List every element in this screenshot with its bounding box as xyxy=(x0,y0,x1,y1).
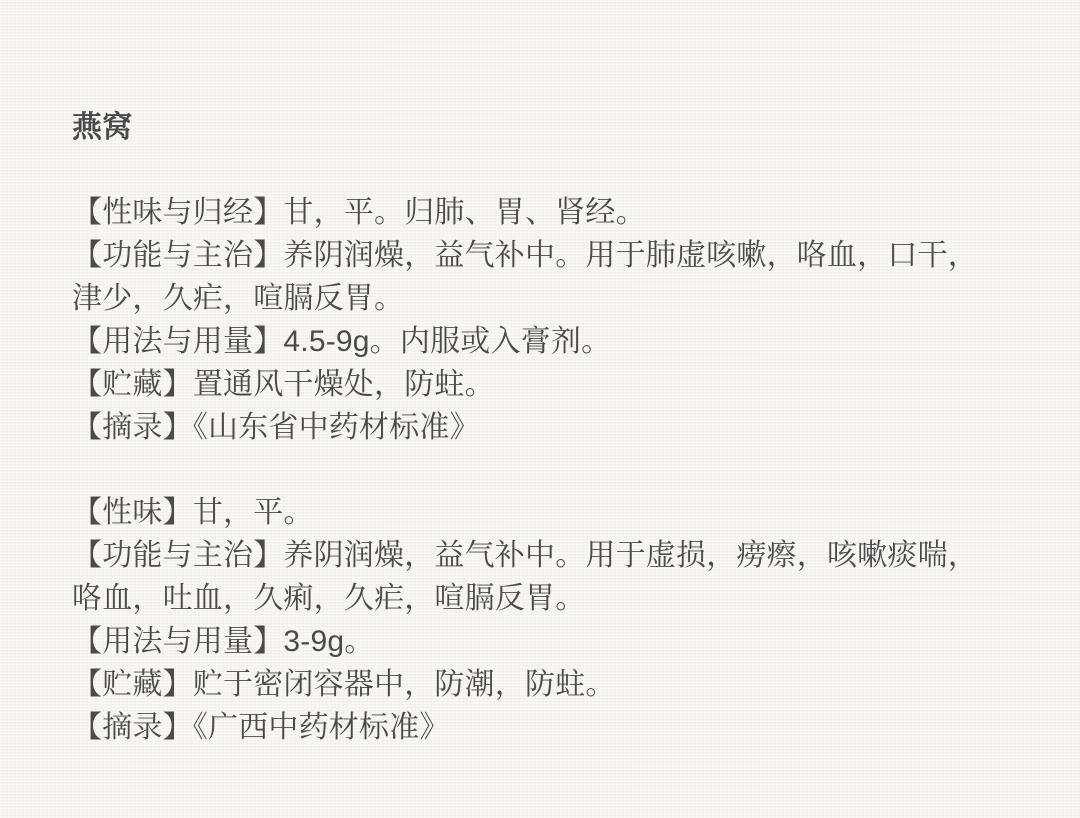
entry: 【贮藏】贮于密闭容器中，防潮，防蛀。 xyxy=(72,663,1000,706)
section-gap xyxy=(72,149,1000,191)
section-gap xyxy=(72,449,1000,491)
entry-text: 甘，平。 xyxy=(193,496,314,529)
entry-label: 【功能与主治】 xyxy=(72,239,283,272)
entry: 【摘录】《山东省中药材标准》 xyxy=(72,406,1000,449)
monograph-section-shandong: 【性味与归经】甘，平。归肺、胃、肾经。 【功能与主治】养阴润燥，益气补中。用于肺… xyxy=(72,191,1000,449)
entry: 【用法与用量】3-9g。 xyxy=(72,620,1000,663)
entry-text: 置通风干燥处，防蛀。 xyxy=(193,368,495,401)
entry: 【性味与归经】甘，平。归肺、胃、肾经。 xyxy=(72,191,1000,234)
entry-text: 贮于密闭容器中，防潮，防蛀。 xyxy=(193,668,616,701)
document-body: 燕窝 【性味与归经】甘，平。归肺、胃、肾经。 【功能与主治】养阴润燥，益气补中。… xyxy=(72,106,1000,749)
entry-label: 【性味】 xyxy=(72,496,193,529)
page-title: 燕窝 xyxy=(72,106,1000,149)
entry-label: 【摘录】 xyxy=(72,411,193,444)
entry: 【贮藏】置通风干燥处，防蛀。 xyxy=(72,363,1000,406)
entry-text: 4.5-9g。内服或入膏剂。 xyxy=(283,325,611,358)
entry-text: 甘，平。归肺、胃、肾经。 xyxy=(283,196,645,229)
monograph-section-guangxi: 【性味】甘，平。 【功能与主治】养阴润燥，益气补中。用于虚损，痨瘵，咳嗽痰喘，咯… xyxy=(72,491,1000,749)
entry: 【用法与用量】4.5-9g。内服或入膏剂。 xyxy=(72,320,1000,363)
entry-label: 【用法与用量】 xyxy=(72,325,283,358)
entry: 【摘录】《广西中药材标准》 xyxy=(72,706,1000,749)
entry-label: 【摘录】 xyxy=(72,711,193,744)
entry: 【功能与主治】养阴润燥，益气补中。用于肺虚咳嗽，咯血，口干，津少，久疟，喧膈反胃… xyxy=(72,234,1000,320)
entry-text: 《广西中药材标准》 xyxy=(193,711,450,744)
entry-label: 【贮藏】 xyxy=(72,368,193,401)
entry-label: 【用法与用量】 xyxy=(72,625,283,658)
entry-label: 【性味与归经】 xyxy=(72,196,283,229)
entry-text: 《山东省中药材标准》 xyxy=(193,411,480,444)
entry-label: 【贮藏】 xyxy=(72,668,193,701)
entry: 【功能与主治】养阴润燥，益气补中。用于虚损，痨瘵，咳嗽痰喘，咯血，吐血，久痢，久… xyxy=(72,534,1000,620)
entry: 【性味】甘，平。 xyxy=(72,491,1000,534)
entry-label: 【功能与主治】 xyxy=(72,539,283,572)
entry-text: 3-9g。 xyxy=(283,625,374,658)
